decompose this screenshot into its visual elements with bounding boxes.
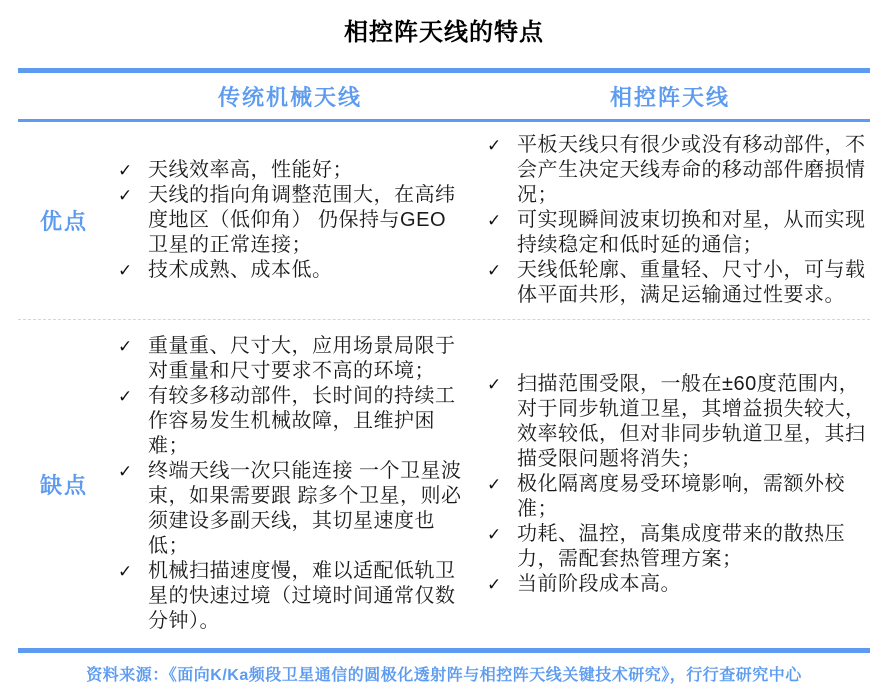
- check-icon: ✓: [487, 208, 517, 233]
- cell-cons-phased: ✓扫描范围受限，一般在±60度范围内，对于同步轨道卫星，其增益损失较大，效率较低…: [470, 372, 870, 597]
- table-row-cons: 缺点 ✓重量重、尺寸大，应用场景局限于对重量和尺寸要求不高的环境；✓有较多移动部…: [18, 320, 870, 648]
- feature-text: 天线低轮廓、重量轻、尺寸小，可与载体平面共形，满足运输通过性要求。: [517, 258, 869, 308]
- feature-text: 有较多移动部件，长时间的持续工作容易发生机械故障，且维护困难；: [148, 384, 462, 459]
- feature-item: ✓功耗、温控，高集成度带来的散热压力，需配套热管理方案；: [470, 522, 870, 572]
- feature-text: 平板天线只有很少或没有移动部件，不会产生决定天线寿命的移动部件磨损情况；: [517, 133, 869, 208]
- row-label-cons: 缺点: [18, 469, 110, 500]
- feature-text: 重量重、尺寸大，应用场景局限于对重量和尺寸要求不高的环境；: [148, 334, 462, 384]
- column-header-traditional: 传统机械天线: [110, 81, 470, 112]
- feature-item: ✓平板天线只有很少或没有移动部件，不会产生决定天线寿命的移动部件磨损情况；: [470, 133, 870, 208]
- source-text: 资料来源：《面向K/Ka频段卫星通信的圆极化透射阵与相控阵天线关键技术研究》，行…: [86, 662, 801, 685]
- comparison-table: 传统机械天线 相控阵天线 优点 ✓天线效率高，性能好；✓天线的指向角调整范围大，…: [18, 68, 870, 653]
- feature-item: ✓机械扫描速度慢，难以适配低轨卫星的快速过境（过境时间通常仅数分钟）。: [110, 559, 470, 634]
- feature-text: 功耗、温控，高集成度带来的散热压力，需配套热管理方案；: [517, 522, 869, 572]
- infographic-page: 相控阵天线的特点 传统机械天线 相控阵天线 优点 ✓天线效率高，性能好；✓天线的…: [0, 0, 888, 694]
- feature-item: ✓可实现瞬间波束切换和对星，从而实现持续稳定和低时延的通信；: [470, 208, 870, 258]
- check-icon: ✓: [118, 559, 148, 584]
- source-footer: 资料来源：《面向K/Ka频段卫星通信的圆极化透射阵与相控阵天线关键技术研究》，行…: [0, 653, 888, 694]
- feature-item: ✓技术成熟、成本低。: [110, 258, 470, 283]
- feature-text: 终端天线一次只能连接 一个卫星波束，如果需要跟 踪多个卫星，则必须建设多副天线，…: [148, 459, 462, 559]
- feature-item: ✓终端天线一次只能连接 一个卫星波束，如果需要跟 踪多个卫星，则必须建设多副天线…: [110, 459, 470, 559]
- feature-item: ✓天线低轮廓、重量轻、尺寸小，可与载体平面共形，满足运输通过性要求。: [470, 258, 870, 308]
- feature-text: 机械扫描速度慢，难以适配低轨卫星的快速过境（过境时间通常仅数分钟）。: [148, 559, 462, 634]
- row-label-pros: 优点: [18, 205, 110, 236]
- page-title: 相控阵天线的特点: [0, 0, 888, 68]
- cell-pros-traditional: ✓天线效率高，性能好；✓天线的指向角调整范围大，在高纬度地区（低仰角） 仍保持与…: [110, 158, 470, 283]
- check-icon: ✓: [118, 158, 148, 183]
- feature-item: ✓天线效率高，性能好；: [110, 158, 470, 183]
- check-icon: ✓: [118, 258, 148, 283]
- check-icon: ✓: [487, 472, 517, 497]
- check-icon: ✓: [487, 522, 517, 547]
- check-icon: ✓: [118, 183, 148, 208]
- cell-cons-traditional: ✓重量重、尺寸大，应用场景局限于对重量和尺寸要求不高的环境；✓有较多移动部件，长…: [110, 334, 470, 634]
- feature-text: 天线效率高，性能好；: [148, 158, 462, 183]
- feature-item: ✓极化隔离度易受环境影响，需额外校准；: [470, 472, 870, 522]
- feature-item: ✓扫描范围受限，一般在±60度范围内，对于同步轨道卫星，其增益损失较大，效率较低…: [470, 372, 870, 472]
- feature-text: 可实现瞬间波束切换和对星，从而实现持续稳定和低时延的通信；: [517, 208, 869, 258]
- feature-item: ✓当前阶段成本高。: [470, 572, 870, 597]
- feature-text: 当前阶段成本高。: [517, 572, 869, 597]
- feature-text: 极化隔离度易受环境影响，需额外校准；: [517, 472, 869, 522]
- check-icon: ✓: [487, 258, 517, 283]
- table-header-row: 传统机械天线 相控阵天线: [18, 73, 870, 122]
- check-icon: ✓: [118, 459, 148, 484]
- feature-item: ✓天线的指向角调整范围大，在高纬度地区（低仰角） 仍保持与GEO卫星的正常连接；: [110, 183, 470, 258]
- check-icon: ✓: [487, 572, 517, 597]
- table-row-pros: 优点 ✓天线效率高，性能好；✓天线的指向角调整范围大，在高纬度地区（低仰角） 仍…: [18, 122, 870, 320]
- check-icon: ✓: [118, 384, 148, 409]
- feature-item: ✓重量重、尺寸大，应用场景局限于对重量和尺寸要求不高的环境；: [110, 334, 470, 384]
- check-icon: ✓: [487, 372, 517, 397]
- feature-text: 技术成熟、成本低。: [148, 258, 462, 283]
- feature-text: 天线的指向角调整范围大，在高纬度地区（低仰角） 仍保持与GEO卫星的正常连接；: [148, 183, 462, 258]
- cell-pros-phased: ✓平板天线只有很少或没有移动部件，不会产生决定天线寿命的移动部件磨损情况；✓可实…: [470, 133, 870, 308]
- check-icon: ✓: [487, 133, 517, 158]
- feature-text: 扫描范围受限，一般在±60度范围内，对于同步轨道卫星，其增益损失较大，效率较低，…: [517, 372, 869, 472]
- column-header-phased: 相控阵天线: [470, 81, 870, 112]
- check-icon: ✓: [118, 334, 148, 359]
- feature-item: ✓有较多移动部件，长时间的持续工作容易发生机械故障，且维护困难；: [110, 384, 470, 459]
